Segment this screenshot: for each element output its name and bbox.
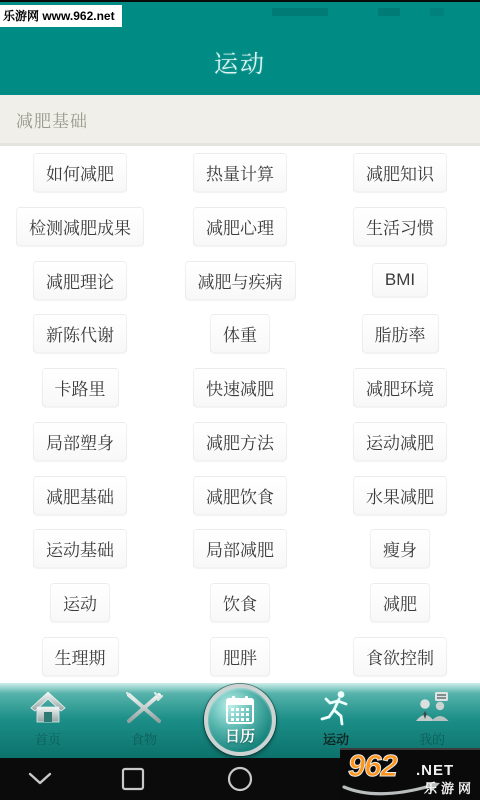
category-value: 减肥基础 bbox=[16, 107, 88, 132]
utensils-icon bbox=[124, 689, 164, 727]
topic-button[interactable]: 减肥理论 bbox=[33, 261, 127, 300]
watermark-top: 乐游网 www.962.net bbox=[0, 5, 122, 27]
topic-button[interactable]: 减肥基础 bbox=[33, 476, 127, 515]
calendar-icon bbox=[225, 695, 255, 725]
people-icon bbox=[414, 689, 450, 727]
logo-number: 962 bbox=[348, 748, 397, 784]
topic-button[interactable]: 卡路里 bbox=[42, 368, 119, 407]
topic-button[interactable]: 局部减肥 bbox=[193, 529, 287, 568]
topic-button[interactable]: 减肥方法 bbox=[193, 422, 287, 461]
topic-button[interactable]: 检测减肥成果 bbox=[16, 207, 144, 246]
tab-food[interactable]: 食物 bbox=[96, 683, 192, 758]
topic-button[interactable]: 减肥知识 bbox=[353, 153, 447, 192]
runner-icon bbox=[320, 689, 352, 727]
tab-mine[interactable]: 我的 bbox=[384, 683, 480, 758]
topic-button[interactable]: 新陈代谢 bbox=[33, 314, 127, 353]
status-icons bbox=[430, 8, 444, 16]
tab-label: 食物 bbox=[131, 729, 157, 748]
tab-label: 日历 bbox=[225, 725, 255, 746]
topic-button[interactable]: 减肥 bbox=[370, 583, 430, 622]
topic-button[interactable]: 生理期 bbox=[42, 637, 119, 676]
logo-net: .NET bbox=[416, 762, 454, 779]
status-icons bbox=[272, 8, 328, 16]
topic-button[interactable]: 瘦身 bbox=[370, 529, 430, 568]
topic-button[interactable]: 热量计算 bbox=[193, 153, 287, 192]
topic-button[interactable]: 运动减肥 bbox=[353, 422, 447, 461]
calendar-circle-button[interactable]: 日历 bbox=[204, 684, 276, 756]
topic-button[interactable]: 生活习惯 bbox=[353, 207, 447, 246]
recents-button[interactable] bbox=[119, 758, 147, 800]
topic-button[interactable]: 肥胖 bbox=[210, 637, 270, 676]
topic-button[interactable]: BMI bbox=[372, 263, 428, 297]
tab-sport[interactable]: 运动 bbox=[288, 683, 384, 758]
tab-label: 运动 bbox=[323, 729, 349, 748]
logo-site: 乐游网 bbox=[424, 778, 475, 797]
topic-button[interactable]: 运动基础 bbox=[33, 529, 127, 568]
tab-home[interactable]: 首页 bbox=[0, 683, 96, 758]
tab-label: 我的 bbox=[419, 729, 445, 748]
tab-label: 首页 bbox=[35, 729, 61, 748]
topics-grid: 如何减肥热量计算减肥知识检测减肥成果减肥心理生活习惯减肥理论减肥与疾病BMI新陈… bbox=[0, 146, 480, 683]
topic-button[interactable]: 如何减肥 bbox=[33, 153, 127, 192]
topic-button[interactable]: 减肥饮食 bbox=[193, 476, 287, 515]
topic-button[interactable]: 食欲控制 bbox=[353, 637, 447, 676]
status-icons bbox=[378, 8, 400, 16]
topic-button[interactable]: 体重 bbox=[210, 314, 270, 353]
tab-calendar[interactable]: 日历 bbox=[192, 683, 288, 758]
topic-button[interactable]: 饮食 bbox=[210, 583, 270, 622]
topic-button[interactable]: 减肥环境 bbox=[353, 368, 447, 407]
category-bar[interactable]: 减肥基础 bbox=[0, 95, 480, 146]
page-title: 运动 bbox=[0, 44, 480, 79]
topic-button[interactable]: 减肥心理 bbox=[193, 207, 287, 246]
topic-button[interactable]: 快速减肥 bbox=[193, 368, 287, 407]
circle-icon bbox=[227, 766, 253, 792]
home-button[interactable] bbox=[226, 758, 254, 800]
hide-keyboard-button[interactable] bbox=[26, 758, 54, 800]
topic-button[interactable]: 脂肪率 bbox=[362, 314, 439, 353]
app-screen: 运动 乐游网 www.962.net 减肥基础 如何减肥热量计算减肥知识检测减肥… bbox=[0, 0, 480, 800]
topic-button[interactable]: 减肥与疾病 bbox=[185, 261, 296, 300]
home-icon bbox=[29, 689, 67, 727]
topic-button[interactable]: 局部塑身 bbox=[33, 422, 127, 461]
chevron-down-icon bbox=[28, 772, 52, 786]
square-icon bbox=[121, 767, 145, 791]
topic-button[interactable]: 运动 bbox=[50, 583, 110, 622]
watermark-logo: 962 .NET 乐游网 bbox=[340, 748, 480, 800]
topic-button[interactable]: 水果减肥 bbox=[353, 476, 447, 515]
top-divider bbox=[0, 0, 480, 2]
